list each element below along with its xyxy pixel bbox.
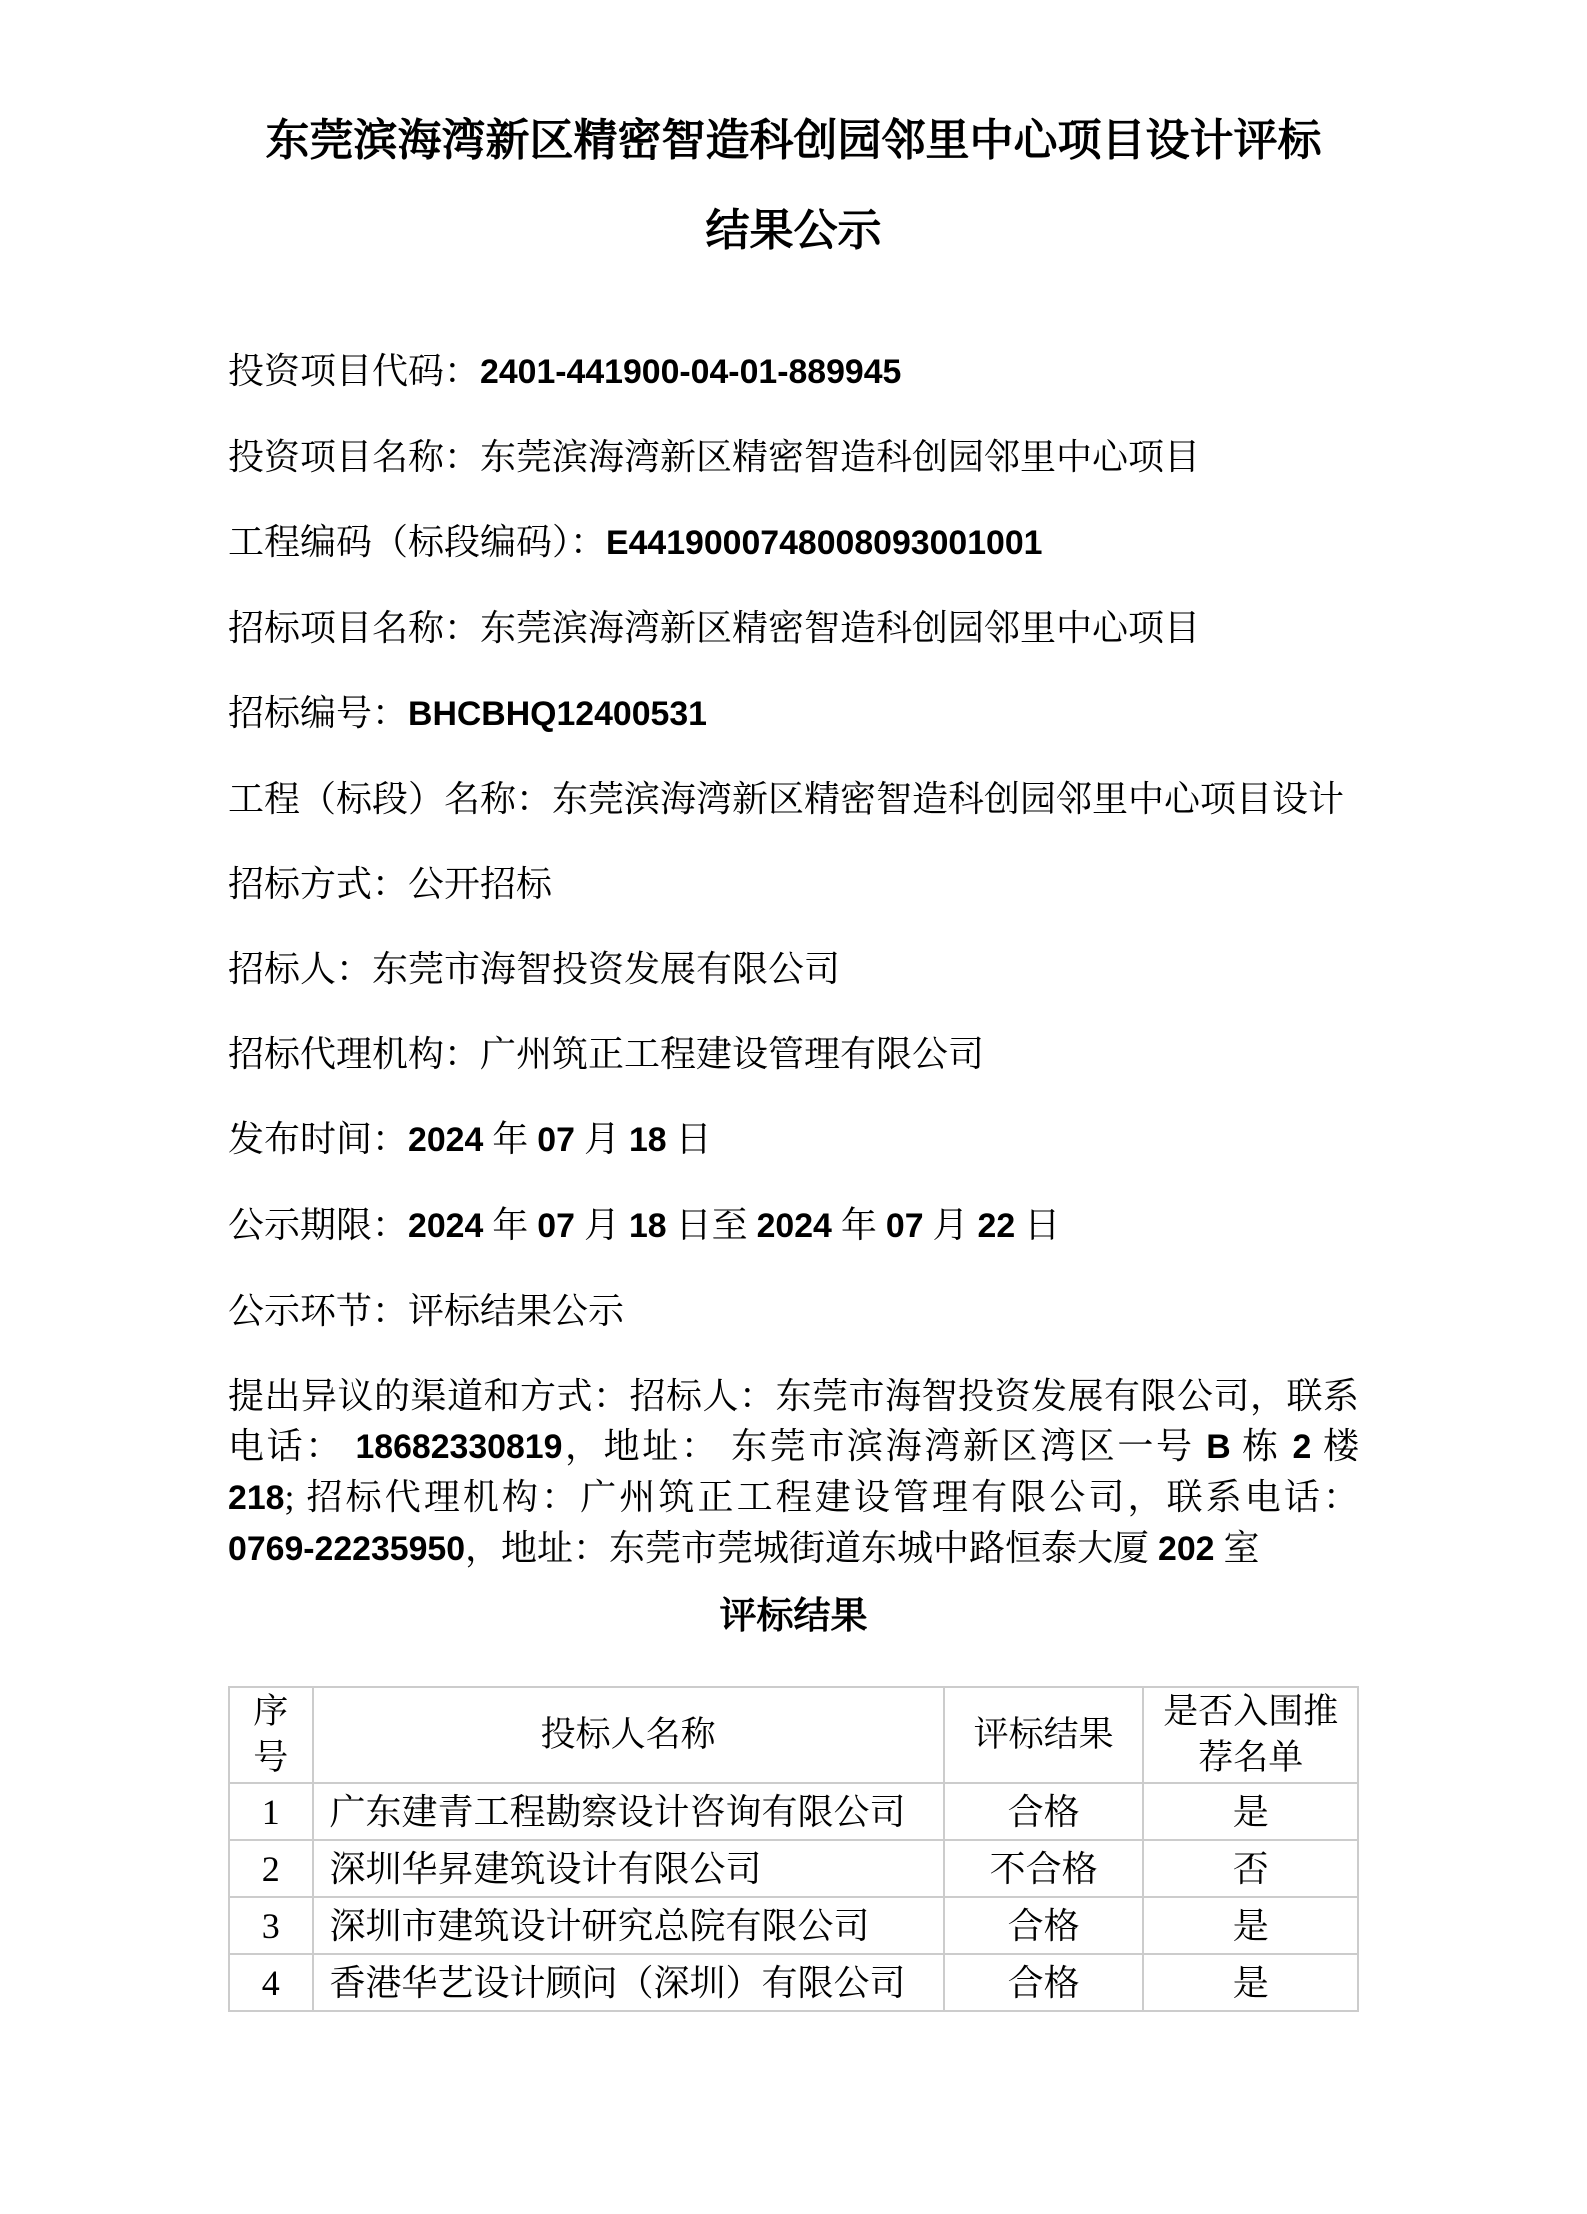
cell-evaluation-result: 合格 [944, 1954, 1144, 2011]
field-investment-project-code: 投资项目代码：2401-441900-04-01-889945 [228, 346, 1359, 397]
field-publish-date: 发布时间：2024 年 07 月 18 日 [228, 1114, 1359, 1165]
field-tender-agency: 招标代理机构：广州筑正工程建设管理有限公司 [228, 1029, 1359, 1079]
cell-bidder-name: 香港华艺设计顾问（深圳）有限公司 [313, 1954, 944, 2011]
field-investment-project-name: 投资项目名称：东莞滨海湾新区精密智造科创园邻里中心项目 [228, 432, 1359, 482]
results-table: 序号 投标人名称 评标结果 是否入围推荐名单 1 广东建青工程勘察设计咨询有限公… [228, 1686, 1359, 2012]
table-row: 4 香港华艺设计顾问（深圳）有限公司 合格 是 [229, 1954, 1358, 2011]
document-title-line2: 结果公示 [228, 186, 1359, 276]
field-tenderer: 招标人：东莞市海智投资发展有限公司 [228, 944, 1359, 994]
table-row: 1 广东建青工程勘察设计咨询有限公司 合格 是 [229, 1783, 1358, 1840]
document-title: 东莞滨海湾新区精密智造科创园邻里中心项目设计评标 结果公示 [228, 96, 1359, 276]
document-title-line1: 东莞滨海湾新区精密智造科创园邻里中心项目设计评标 [228, 96, 1359, 186]
cell-shortlisted: 是 [1143, 1783, 1358, 1840]
field-tender-method: 招标方式：公开招标 [228, 859, 1359, 909]
header-shortlisted: 是否入围推荐名单 [1143, 1687, 1358, 1783]
cell-seq-no: 1 [229, 1783, 313, 1840]
cell-seq-no: 2 [229, 1840, 313, 1897]
cell-shortlisted: 否 [1143, 1840, 1358, 1897]
field-tender-project-name: 招标项目名称：东莞滨海湾新区精密智造科创园邻里中心项目 [228, 603, 1359, 653]
field-objection-channel: 提出异议的渠道和方式：招标人：东莞市海智投资发展有限公司，联系电话： 18682… [228, 1371, 1359, 1574]
table-row: 3 深圳市建筑设计研究总院有限公司 合格 是 [229, 1897, 1358, 1954]
field-engineering-code: 工程编码（标段编码）：E4419000748008093001001 [228, 517, 1359, 568]
cell-evaluation-result: 合格 [944, 1783, 1144, 1840]
announcement-document: 东莞滨海湾新区精密智造科创园邻里中心项目设计评标 结果公示 投资项目代码：240… [0, 0, 1587, 2214]
table-row: 2 深圳华昇建筑设计有限公司 不合格 否 [229, 1840, 1358, 1897]
header-bidder-name: 投标人名称 [313, 1687, 944, 1783]
cell-bidder-name: 深圳市建筑设计研究总院有限公司 [313, 1897, 944, 1954]
field-section-name: 工程（标段）名称：东莞滨海湾新区精密智造科创园邻里中心项目设计 [228, 774, 1359, 824]
header-seq-no: 序号 [229, 1687, 313, 1783]
header-evaluation-result: 评标结果 [944, 1687, 1144, 1783]
cell-shortlisted: 是 [1143, 1897, 1358, 1954]
cell-seq-no: 4 [229, 1954, 313, 2011]
cell-bidder-name: 广东建青工程勘察设计咨询有限公司 [313, 1783, 944, 1840]
cell-evaluation-result: 合格 [944, 1897, 1144, 1954]
results-heading: 评标结果 [228, 1592, 1359, 1642]
cell-evaluation-result: 不合格 [944, 1840, 1144, 1897]
table-header-row: 序号 投标人名称 评标结果 是否入围推荐名单 [229, 1687, 1358, 1783]
cell-bidder-name: 深圳华昇建筑设计有限公司 [313, 1840, 944, 1897]
cell-seq-no: 3 [229, 1897, 313, 1954]
field-publicity-stage: 公示环节：评标结果公示 [228, 1286, 1359, 1336]
field-publicity-period: 公示期限：2024 年 07 月 18 日至 2024 年 07 月 22 日 [228, 1200, 1359, 1251]
cell-shortlisted: 是 [1143, 1954, 1358, 2011]
field-tender-number: 招标编号：BHCBHQ12400531 [228, 688, 1359, 739]
